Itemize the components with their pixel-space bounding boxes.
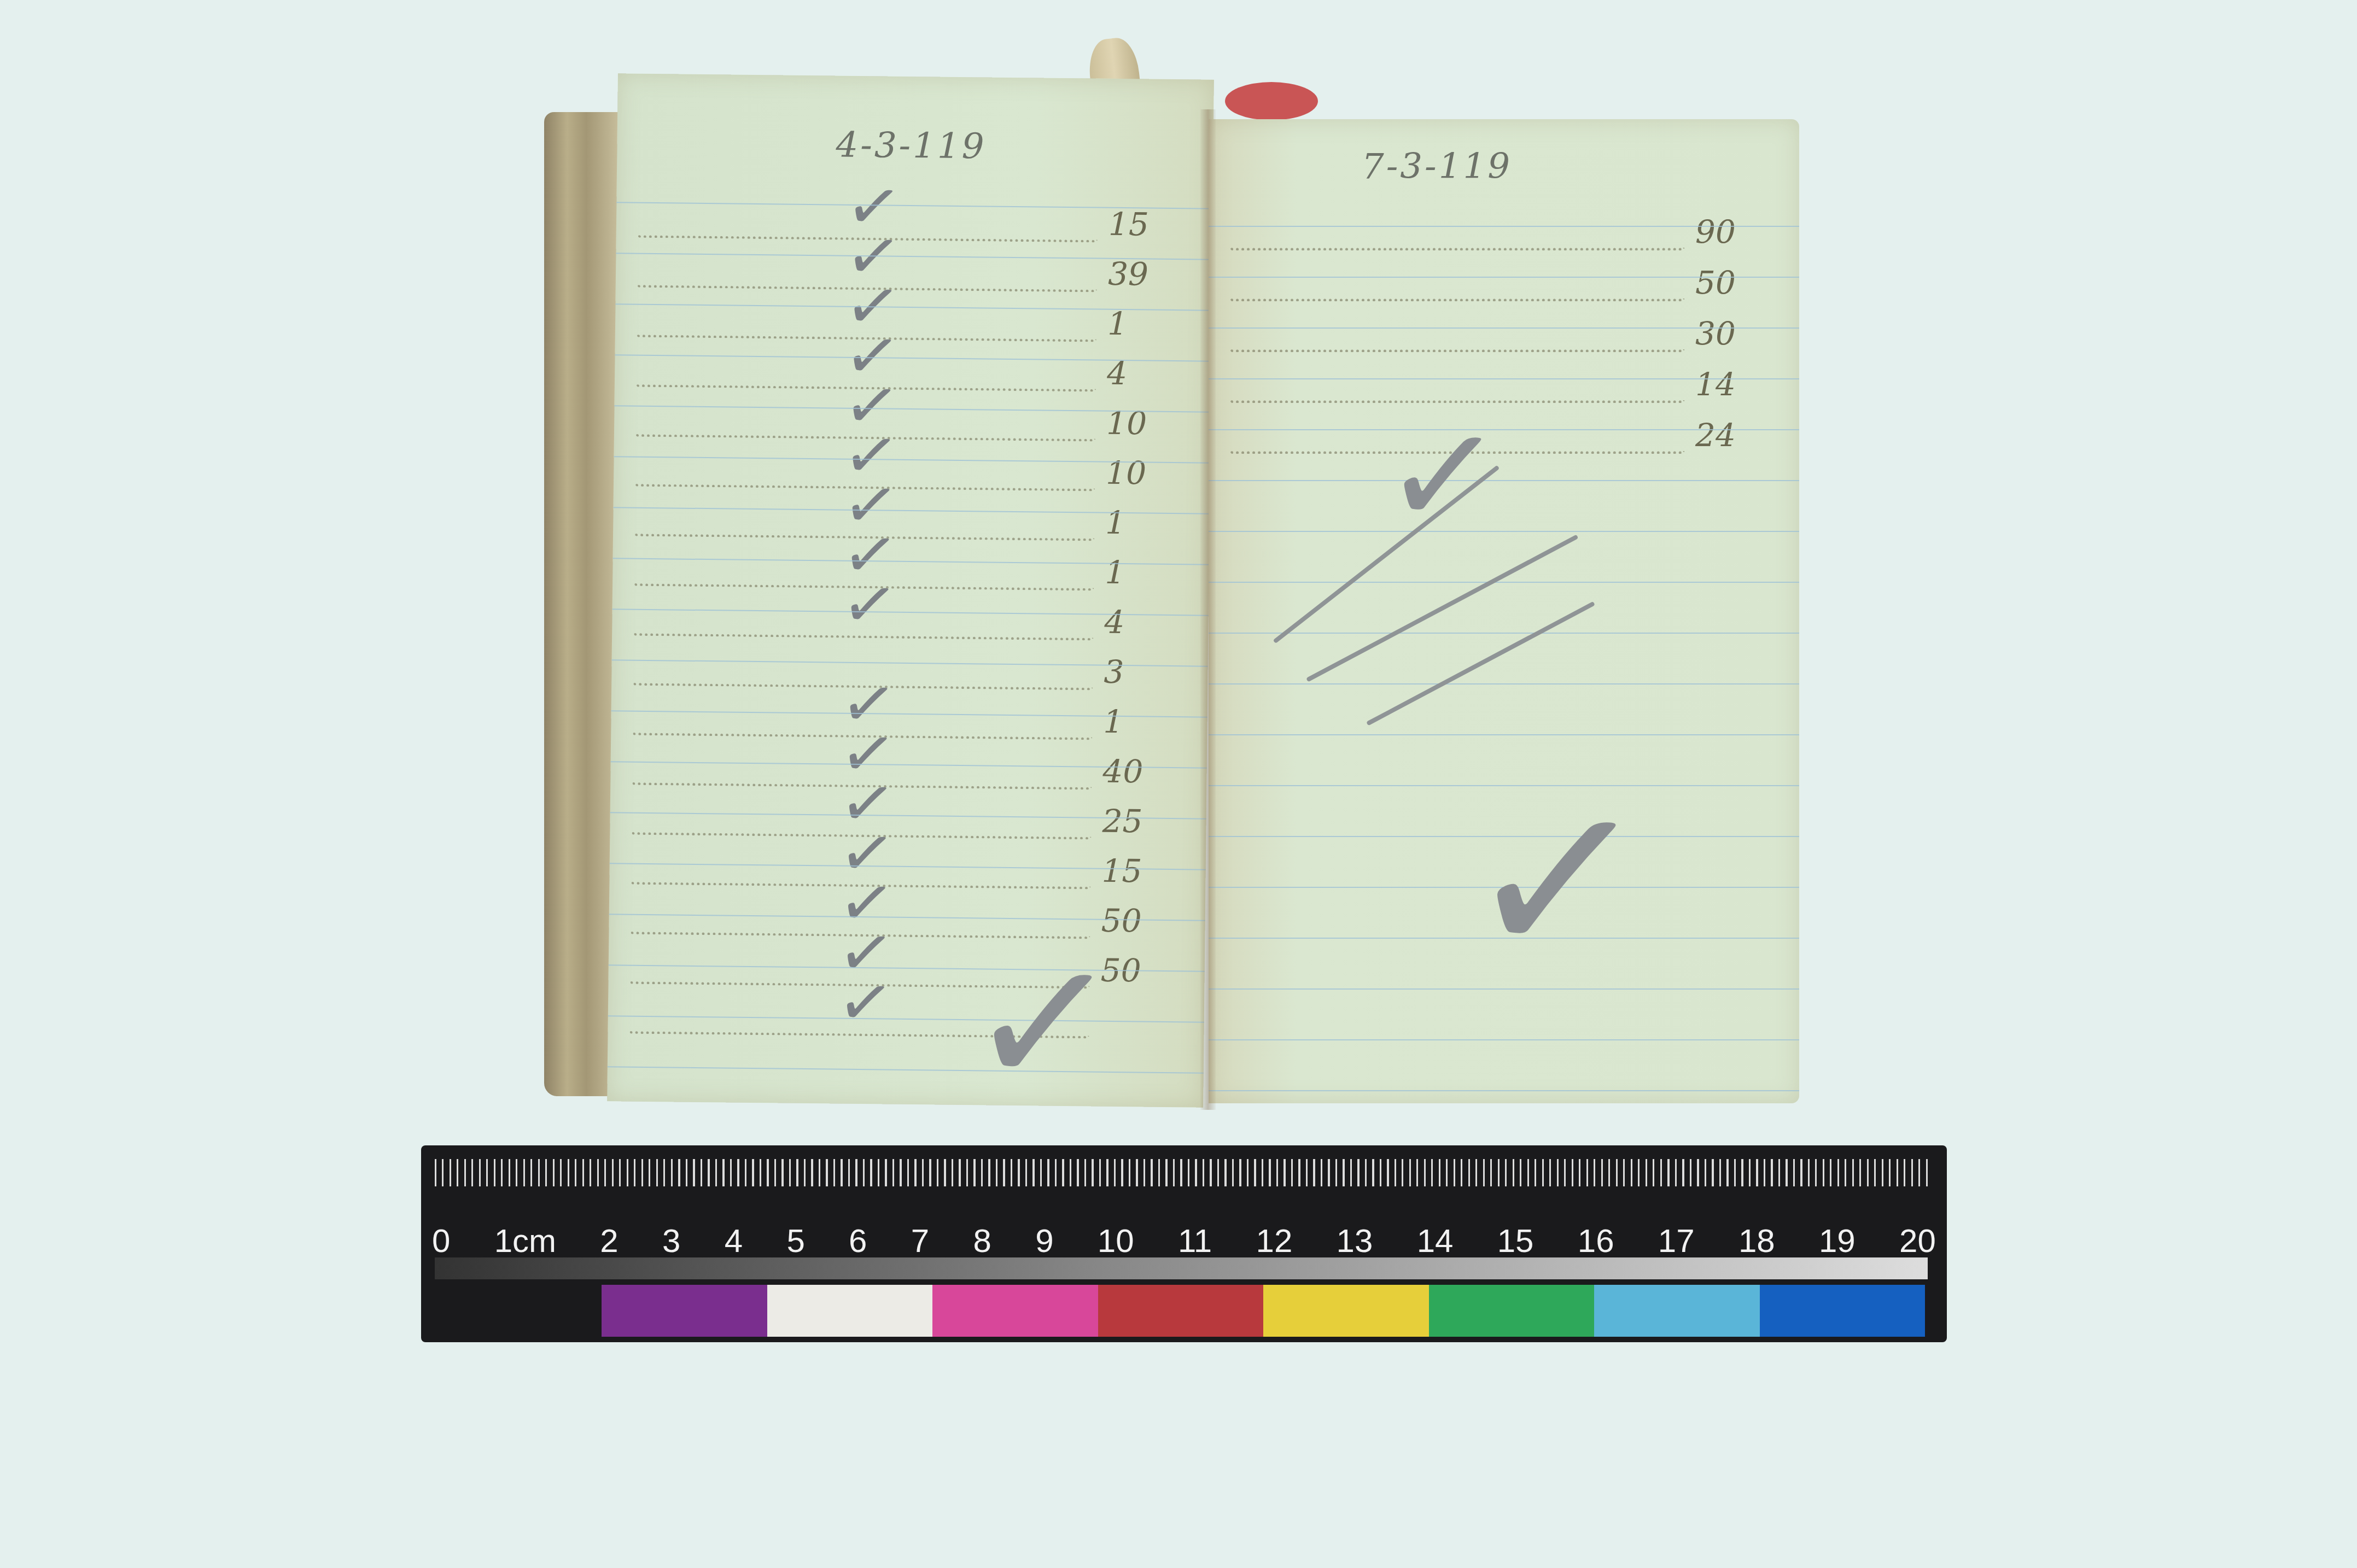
ledger-entry: 4 [634, 592, 1187, 642]
ruled-line [1209, 327, 1799, 329]
entry-amount: 1 [1103, 703, 1186, 741]
ruler-label: 17 [1658, 1222, 1695, 1255]
ruled-line [1209, 1090, 1799, 1091]
scale-bar: 01cm234567891011121314151617181920 [421, 1145, 1947, 1342]
ruler-label: 8 [973, 1222, 991, 1255]
entry-amount: 15 [1109, 206, 1191, 244]
entry-amount: 15 [1101, 852, 1184, 891]
ruler-label: 10 [1098, 1222, 1134, 1255]
entry-amount: 40 [1102, 753, 1185, 791]
check-mark-icon: ✓ [837, 563, 902, 646]
entry-amount: 3 [1104, 653, 1186, 692]
entry-amount: 1 [1105, 554, 1187, 592]
page-date: 7-3-119 [1362, 147, 1512, 187]
ledger-entry: 1 [637, 294, 1190, 343]
page-date: 4-3-119 [836, 125, 987, 167]
book-gutter [1200, 109, 1216, 1110]
entry-amount: 10 [1106, 454, 1188, 493]
entry-amount: 4 [1104, 604, 1187, 642]
check-mark-icon: ✓ [832, 961, 898, 1044]
ruler-label: 15 [1497, 1222, 1534, 1255]
ledger-entry: 1 [634, 542, 1187, 592]
ruled-line [1209, 277, 1799, 278]
ruler-label: 5 [786, 1222, 804, 1255]
color-patch [1263, 1285, 1429, 1337]
color-patch [1760, 1285, 1926, 1337]
entry-amount: 50 [1695, 264, 1777, 301]
color-patch [1594, 1285, 1760, 1337]
ledger-entry: 50 [1230, 258, 1777, 301]
entry-amount: 14 [1695, 366, 1777, 403]
color-patch [1098, 1285, 1264, 1337]
entry-amount: 90 [1695, 213, 1777, 250]
signature [1274, 470, 1602, 744]
color-patch [932, 1285, 1098, 1337]
red-thread [1225, 82, 1318, 120]
ruler-label: 18 [1738, 1222, 1775, 1255]
check-mark-icon: ✓ [961, 914, 1127, 1133]
ledger-entry: 10 [636, 393, 1189, 443]
ruler-label: 6 [849, 1222, 867, 1255]
ruler-label: 3 [662, 1222, 680, 1255]
ledger-entry: 15 [638, 194, 1191, 244]
ruler-label: 19 [1819, 1222, 1856, 1255]
entry-amount: 30 [1695, 315, 1777, 352]
ruler-label: 14 [1417, 1222, 1454, 1255]
ruler-label: 9 [1035, 1222, 1053, 1255]
ruler-label: 7 [911, 1222, 929, 1255]
ruled-line [1209, 226, 1799, 227]
entry-amount: 1 [1105, 504, 1188, 542]
ruled-line [1209, 378, 1799, 379]
ledger-entry: 90 [1230, 207, 1777, 250]
check-mark-icon: ✓ [1457, 748, 1658, 1015]
color-patch [767, 1285, 933, 1337]
entry-amount: 39 [1108, 255, 1191, 294]
ruler-label: 0 [432, 1222, 450, 1255]
ruler-ticks [435, 1159, 1930, 1186]
ledger-entry: 3 [633, 642, 1186, 692]
gray-scale [435, 1257, 1928, 1279]
ruler-label: 16 [1578, 1222, 1614, 1255]
ruler-labels: 01cm234567891011121314151617181920 [432, 1222, 1936, 1255]
ruled-line [1209, 1039, 1799, 1040]
ledger-entry: 10 [635, 443, 1188, 493]
ledger-entry: 4 [637, 343, 1189, 393]
entry-amount: 24 [1695, 417, 1777, 454]
color-patches [602, 1285, 1925, 1337]
ruler-label: 1cm [494, 1222, 556, 1255]
ruler-label: 2 [600, 1222, 618, 1255]
entry-amount: 25 [1102, 803, 1185, 841]
color-patch [1429, 1285, 1595, 1337]
ruler-label: 11 [1178, 1222, 1212, 1255]
ledger-entry: 15 [631, 841, 1184, 891]
ruler-label: 4 [725, 1222, 743, 1255]
entry-amount: 1 [1107, 305, 1190, 343]
ledger-entry: 14 [1230, 359, 1777, 403]
ruler-label: 20 [1899, 1222, 1936, 1255]
ledger-entry: 39 [638, 244, 1191, 294]
ruler-label: 13 [1337, 1222, 1373, 1255]
ruler-label: 12 [1256, 1222, 1293, 1255]
ledger-entry: 1 [635, 493, 1188, 542]
ledger-entry: 30 [1230, 308, 1777, 352]
color-patch [602, 1285, 767, 1337]
